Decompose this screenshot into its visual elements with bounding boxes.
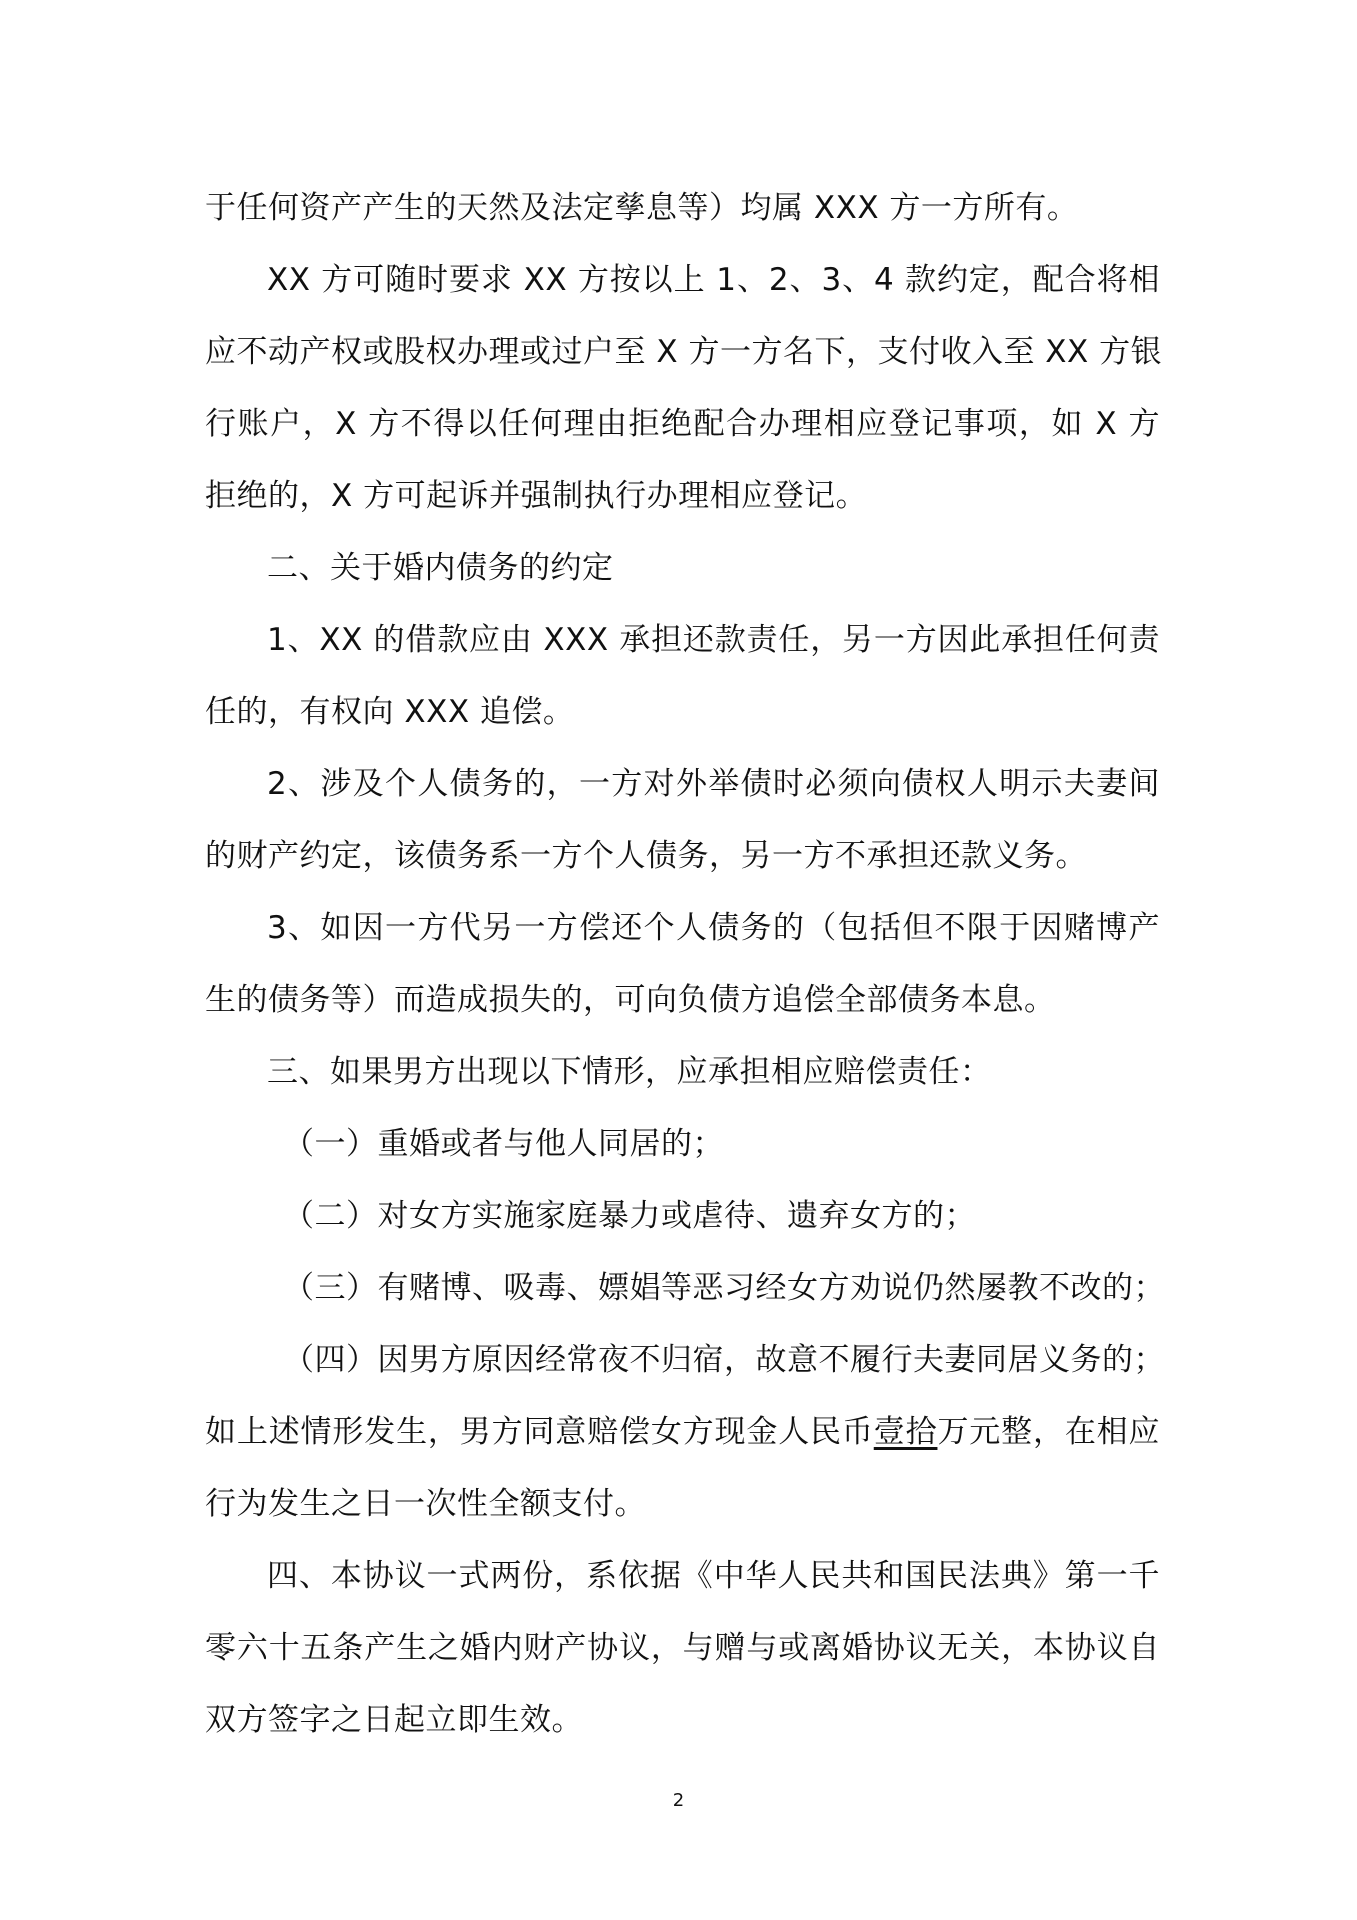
text-line: 拒绝的，X 方可起诉并强制执行办理相应登记。 [205, 464, 1160, 536]
section-heading-effect: 四、本协议一式两份，系依据《中华人民共和国民法典》第一千 [205, 1544, 1160, 1616]
text-line: 1、XX 的借款应由 XXX 承担还款责任，另一方因此承担任何责 [205, 608, 1160, 680]
text-line: 零六十五条产生之婚内财产协议，与赠与或离婚协议无关，本协议自 [205, 1616, 1160, 1688]
text-line: 3、如因一方代另一方偿还个人债务的（包括但不限于因赌博产 [205, 896, 1160, 968]
section-heading-compensation: 三、如果男方出现以下情形，应承担相应赔偿责任： [205, 1040, 1160, 1112]
text-line: 行为发生之日一次性全额支付。 [205, 1472, 1160, 1544]
compensation-line: 如上述情形发生，男方同意赔偿女方现金人民币壹拾万元整，在相应 [205, 1400, 1160, 1472]
text-line: 于任何资产产生的天然及法定孳息等）均属 XXX 方一方所有。 [205, 176, 1160, 248]
list-item: （三）有赌博、吸毒、嫖娼等恶习经女方劝说仍然屡教不改的； [205, 1256, 1160, 1328]
section-heading-debts: 二、关于婚内债务的约定 [205, 536, 1160, 608]
list-item: （一）重婚或者与他人同居的； [205, 1112, 1160, 1184]
text-line: 双方签字之日起立即生效。 [205, 1688, 1160, 1760]
text-line: XX 方可随时要求 XX 方按以上 1、2、3、4 款约定，配合将相 [205, 248, 1160, 320]
list-item: （四）因男方原因经常夜不归宿，故意不履行夫妻同居义务的； [205, 1328, 1160, 1400]
document-page: 于任何资产产生的天然及法定孳息等）均属 XXX 方一方所有。 XX 方可随时要求… [205, 176, 1160, 1760]
text-line: 应不动产权或股权办理或过户至 X 方一方名下，支付收入至 XX 方银 [205, 320, 1160, 392]
text-line: 2、涉及个人债务的，一方对外举债时必须向债权人明示夫妻间 [205, 752, 1160, 824]
compensation-amount: 壹拾 [874, 1414, 938, 1450]
text-line: 生的债务等）而造成损失的，可向负债方追偿全部债务本息。 [205, 968, 1160, 1040]
text-span: 如上述情形发生，男方同意赔偿女方现金人民币 [205, 1414, 874, 1450]
text-line: 的财产约定，该债务系一方个人债务，另一方不承担还款义务。 [205, 824, 1160, 896]
text-span: 万元整，在相应 [937, 1414, 1160, 1450]
text-line: 行账户，X 方不得以任何理由拒绝配合办理相应登记事项，如 X 方 [205, 392, 1160, 464]
page-number: 2 [0, 1790, 1357, 1811]
text-line: 任的，有权向 XXX 追偿。 [205, 680, 1160, 752]
list-item: （二）对女方实施家庭暴力或虐待、遗弃女方的； [205, 1184, 1160, 1256]
